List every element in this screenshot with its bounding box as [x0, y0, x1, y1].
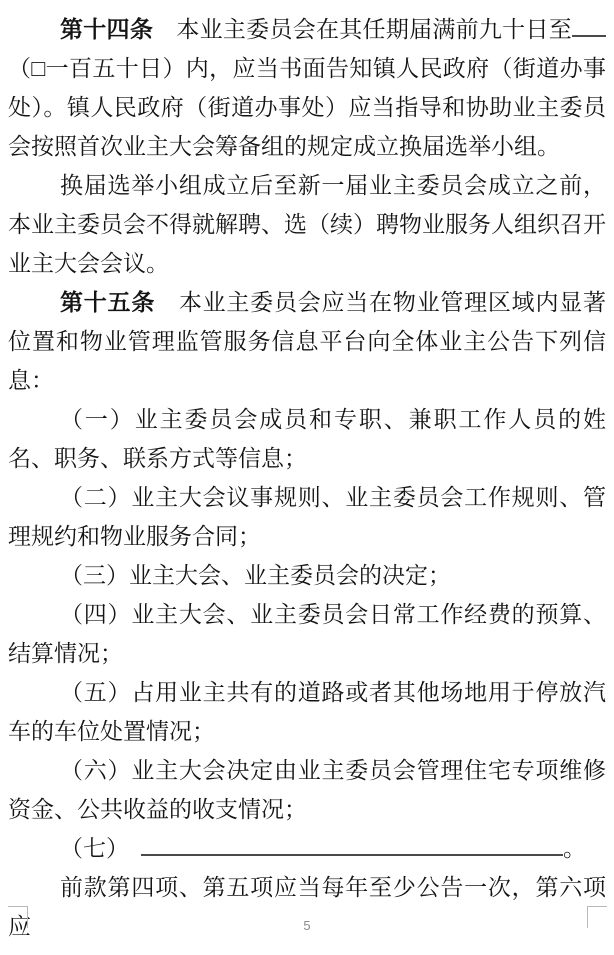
text-run: （□一百五十日）内，应当书面告知镇人民政府（街道办事处）。镇人民政府（街道办事处… [8, 55, 606, 159]
fill-in-blank-short [572, 12, 606, 37]
document-page: 第十四条 本业主委员会在其任期届满前九十日至（□一百五十日）内，应当书面告知镇人… [0, 0, 614, 955]
article-number: 第十四条 [60, 16, 153, 42]
paragraph: （三）业主大会、业主委员会的决定； [8, 556, 606, 595]
fill-in-blank-line [141, 831, 563, 856]
text-run: （六）业主大会决定由业主委员会管理住宅专项维修资金、公共收益的收支情况； [8, 757, 606, 822]
text-run: （四）业主大会、业主委员会日常工作经费的预算、结算情况； [8, 601, 606, 666]
text-run: （五）占用业主共有的道路或者其他场地用于停放汽车的车位处置情况； [8, 679, 606, 744]
paragraph: （二）业主大会议事规则、业主委员会工作规则、管理规约和物业服务合同； [8, 478, 606, 556]
text-run: （三）业主大会、业主委员会的决定； [60, 562, 451, 588]
paragraph: （四）业主大会、业主委员会日常工作经费的预算、结算情况； [8, 595, 606, 673]
text-run: 换届选举小组成立后至新一届业主委员会成立之前，本业主委员会不得就解聘、选（续）聘… [8, 172, 606, 276]
document-body: 第十四条 本业主委员会在其任期届满前九十日至（□一百五十日）内，应当书面告知镇人… [8, 10, 606, 946]
paragraph: 第十四条 本业主委员会在其任期届满前九十日至（□一百五十日）内，应当书面告知镇人… [8, 10, 606, 166]
paragraph: （一）业主委员会成员和专职、兼职工作人员的姓名、职务、联系方式等信息； [8, 400, 606, 478]
text-run: （二）业主大会议事规则、业主委员会工作规则、管理规约和物业服务合同； [8, 484, 606, 549]
paragraph: 第十五条 本业主委员会应当在物业管理区域内显著位置和物业管理监管服务信息平台向全… [8, 283, 606, 400]
text-run: 本业主委员会在其任期届满前九十日至 [153, 16, 572, 42]
text-run: （七） [60, 835, 129, 861]
paragraph: （五）占用业主共有的道路或者其他场地用于停放汽车的车位处置情况； [8, 673, 606, 751]
text-run: 。 [563, 835, 586, 861]
paragraph: 前款第四项、第五项应当每年至少公告一次，第六项应 [8, 868, 606, 946]
text-run: （一）业主委员会成员和专职、兼职工作人员的姓名、职务、联系方式等信息； [8, 406, 606, 471]
paragraph: 换届选举小组成立后至新一届业主委员会成立之前，本业主委员会不得就解聘、选（续）聘… [8, 166, 606, 283]
article-number: 第十五条 [60, 289, 155, 315]
page-number: 5 [0, 918, 614, 934]
paragraph: （七）。 [8, 829, 606, 868]
paragraph: （六）业主大会决定由业主委员会管理住宅专项维修资金、公共收益的收支情况； [8, 751, 606, 829]
